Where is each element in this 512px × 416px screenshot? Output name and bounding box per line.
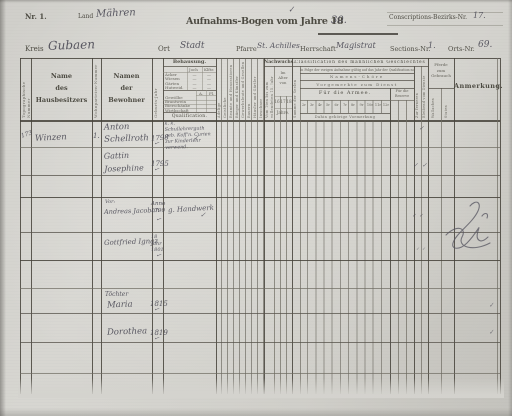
joch-dashes: — — — —	[188, 73, 201, 91]
row2-note-tick: ✓	[200, 211, 206, 219]
title-rule	[318, 33, 398, 35]
jahre-label: Jahre.	[274, 110, 292, 115]
earmarked-band: Vorgemerkte zum Dienst	[300, 82, 414, 87]
ort-value-handwritten: Stadt	[180, 41, 205, 51]
row1-inhabitant-name: Gattin Josephine	[104, 148, 144, 175]
age-class-7: 9r	[357, 103, 366, 107]
row0-qualification-note: k. k. Schullehrerguth geb. Koff'n. Curie…	[164, 120, 215, 152]
title-year-handwritten: 30.	[331, 15, 347, 26]
row0-house-owner: Winzen	[35, 132, 67, 144]
column-dwelling-title: Behausung.	[163, 59, 216, 65]
class-col-3: Bürger und Künstler	[235, 60, 240, 118]
column-party-number: Wohnparteien-Nummer	[93, 62, 101, 118]
offspring-title: Nachwuchs.	[264, 60, 292, 65]
klafter-dashes: — — — —	[203, 73, 215, 91]
scan-edge-right	[508, 0, 512, 416]
name-choirs-band: Namens-Chöre	[300, 74, 414, 79]
horses-geldings-column: Wallachen	[431, 90, 438, 118]
kreis-label: Kreis	[25, 45, 44, 53]
land-type-rows: Äcker Wiesen Gärten Hutweid.	[165, 73, 184, 91]
row0-class-tick: ✓	[193, 134, 199, 142]
age-class-2: 4r	[316, 103, 324, 107]
row0-inhabitant-name: Anton Schellroth	[104, 120, 149, 146]
sections-nr-value: 1.	[428, 41, 436, 50]
scanned-census-form: Nr. 1. Land Mähren ✓ Aufnahms-Bogen vom …	[0, 0, 512, 416]
kreis-value-handwritten: Gubaen	[48, 37, 95, 53]
horses-mares-column: Stuten	[444, 90, 451, 118]
conscription-district-value: 17.	[473, 11, 486, 20]
classification-subtitle: In Folge der vorigen Aufnahme gültig auf…	[300, 68, 414, 72]
row2-right-tick-a: ✓	[412, 213, 416, 219]
conscription-district-label: Conscriptions-Bezirks-Nr.	[389, 14, 467, 21]
age-class-10: 12r	[382, 103, 390, 107]
column-house-owner: Name des Hausbesitzers	[31, 70, 92, 106]
class-col-4: Gewerbsleute und Gesellen	[241, 60, 246, 118]
scan-edge-top	[0, 0, 512, 3]
orts-nr-value: 69.	[478, 40, 492, 50]
row1-right-tick-a: ✓	[413, 162, 418, 169]
class-col-2: Beamte und Honoratioren	[229, 60, 234, 118]
age-class-0: 2r	[300, 103, 308, 107]
row3-right-tick-a: ✓	[416, 246, 419, 251]
column-birth-year: Geburts-Jahr	[153, 62, 163, 118]
class-col-5: Bauern	[247, 60, 252, 118]
class-col-0: Adelige	[217, 60, 222, 118]
form-number: Nr. 1.	[25, 12, 47, 21]
row3-right-tick-b: ✓	[422, 246, 425, 251]
row4-inhabitant-name: Maria	[107, 300, 133, 311]
row3-year-tick: ✓	[155, 251, 162, 259]
row2-prefix: Vor:	[105, 199, 115, 205]
tavern-rows: Gewölbe Brantwein Bierschänke Wirthschaf…	[165, 96, 190, 113]
offspring-under15-column: Vom 1ten bis zum vollendeten 15. Jahr	[265, 68, 273, 118]
scan-edge-left	[0, 0, 6, 416]
row2-year-tick: ✓	[155, 215, 162, 223]
signature-flourish	[436, 198, 498, 260]
land-label: Land	[78, 13, 93, 20]
bottom-fade	[18, 378, 504, 398]
army-band: Für die Armee.	[300, 90, 390, 96]
qualification-header: Qualification.	[163, 114, 216, 119]
ort-label: Ort	[158, 45, 170, 53]
a-header: A.	[199, 91, 203, 96]
class-col-7: Inwohner	[259, 60, 264, 118]
age-class-8: 10r	[366, 103, 374, 107]
age-18: 18	[286, 99, 292, 104]
land-value-handwritten: Mähren	[96, 7, 136, 19]
row0-right-tick: ✓	[419, 125, 424, 132]
row0-party-number: 1.	[93, 132, 100, 140]
row5-edge-mark: ✓	[488, 329, 494, 337]
row4-group-label: Töchter	[105, 291, 128, 298]
reserve-band: Für die Reserve	[390, 89, 414, 98]
column-inhabitants: Namen der Bewohner	[101, 70, 152, 106]
row2-birth-year: Anno 1790	[151, 201, 165, 215]
age-class-1: 3r	[308, 103, 316, 107]
row5-inhabitant-name: Dorothea	[107, 326, 147, 337]
offspring-age-label: Im Alter von	[274, 70, 292, 85]
column-topographic-number: Topographische Nummer	[21, 62, 31, 118]
souls-total-column: Summe der Seelen	[293, 68, 299, 118]
class-col-1: Geistliche	[223, 60, 228, 118]
age-class-3: 5r	[324, 103, 332, 107]
herrschaft-label: Herrschaft	[300, 45, 336, 53]
remarks-column-header: Anmerkung.	[454, 82, 500, 90]
military-treatment-column: Zur ferneren militärischen Behandlung	[415, 67, 420, 118]
classification-title: Classification des männlichen Geschlecht…	[292, 60, 428, 65]
horses-title: Pferde zum Gebrauch	[428, 62, 454, 79]
form-title: Aufnahms-Bogen vom Jahre 18	[186, 16, 343, 27]
pfarre-value-handwritten: St. Achilles	[257, 41, 300, 50]
row1-right-tick-b: ✓	[422, 162, 427, 169]
row1-year-tick: ✓	[153, 165, 160, 173]
check-mark: ✓	[287, 5, 295, 15]
class-col-6: Häusler und Gärtler	[253, 60, 258, 118]
age-class-5: 7r	[341, 103, 349, 107]
scan-edge-bottom	[0, 408, 512, 416]
pfarre-label: Pfarre	[236, 45, 257, 53]
service-exempt-column: Bleibend vom Dienste befreit	[422, 67, 427, 118]
sections-nr-label: Sections-Nr.	[390, 45, 430, 53]
age-class-6: 8r	[349, 103, 357, 107]
row4-edge-mark: ✓	[488, 302, 494, 310]
row2-trade-note: g. Handwerk	[168, 204, 214, 214]
age-class-4: 6r	[332, 103, 341, 107]
age-class-9: 11r	[374, 103, 382, 107]
herrschaft-value-handwritten: Magistrat	[336, 41, 376, 50]
row2-right-tick-b: ✓	[419, 213, 423, 219]
fl-header: Fl.	[209, 91, 214, 96]
orts-nr-label: Orts-Nr.	[448, 45, 475, 53]
remark-strip: Dahin gehörige Vormerkung	[300, 115, 390, 119]
